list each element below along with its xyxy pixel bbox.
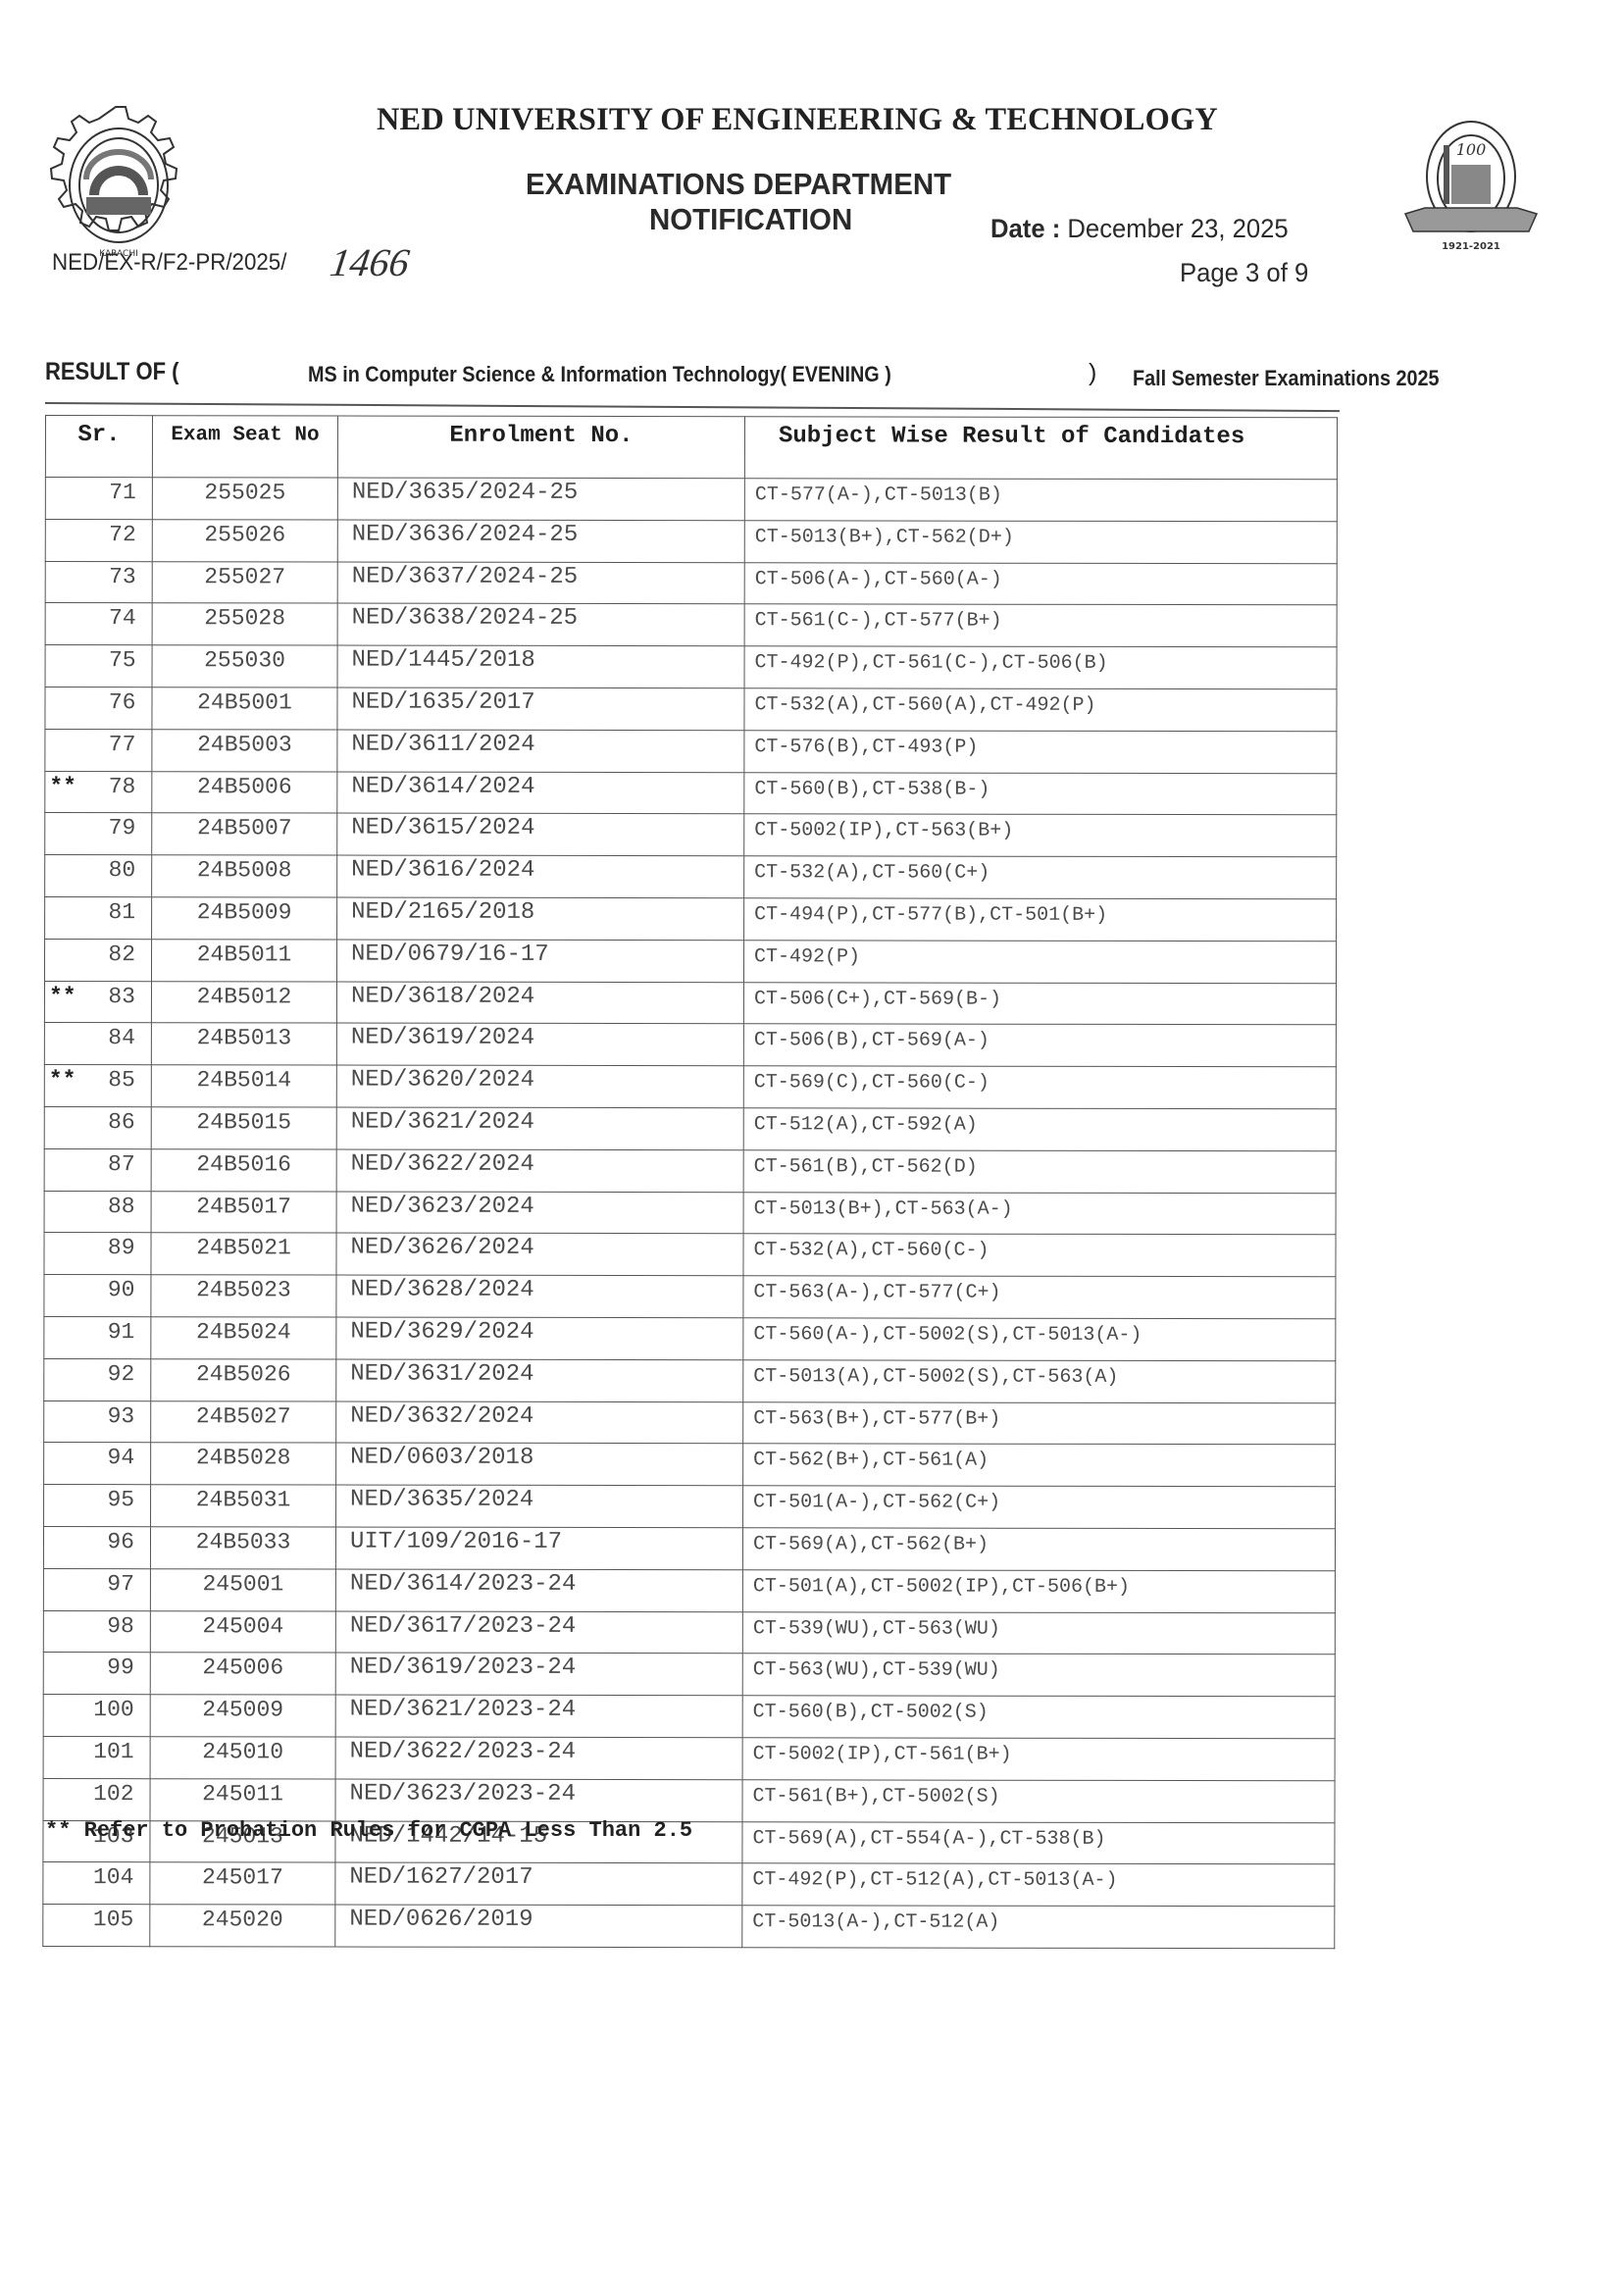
table-row: 75255030NED/1445/2018CT-492(P),CT-561(C-… [45, 645, 1337, 689]
cell-subject-result: CT-561(B),CT-562(D) [743, 1149, 1336, 1193]
header-exam-seat-no: Exam Seat No [152, 416, 337, 478]
cell-subject-result: CT-539(WU),CT-563(WU) [742, 1611, 1335, 1655]
table-row: 8824B5017NED/3623/2024CT-5013(B+),CT-563… [44, 1191, 1336, 1235]
table-row: 9124B5024NED/3629/2024CT-560(A-),CT-5002… [44, 1316, 1336, 1360]
serial-number: 80 [109, 857, 136, 883]
serial-number: 93 [108, 1403, 135, 1429]
table-row: 9024B5023NED/3628/2024CT-563(A-),CT-577(… [44, 1275, 1336, 1319]
cell-subject-result: CT-532(A),CT-560(C-) [743, 1234, 1336, 1277]
department-title: EXAMINATIONS DEPARTMENT [526, 167, 951, 202]
cell-sr: 96 [43, 1526, 150, 1568]
cell-sr: 90 [44, 1275, 151, 1317]
cell-enrolment-no: NED/3614/2023-24 [335, 1569, 742, 1612]
cell-sr: 77 [45, 729, 152, 771]
cell-sr: 94 [44, 1443, 151, 1485]
cell-sr: 95 [44, 1485, 151, 1527]
cell-enrolment-no: NED/3619/2023-24 [335, 1653, 742, 1696]
table-row: 105245020NED/0626/2019CT-5013(A-),CT-512… [43, 1905, 1335, 1949]
cell-enrolment-no: NED/3621/2023-24 [335, 1695, 742, 1738]
cell-subject-result: CT-560(B),CT-538(B-) [744, 772, 1337, 815]
cell-subject-result: CT-561(C-),CT-577(B+) [744, 604, 1337, 647]
cell-enrolment-no: UIT/109/2016-17 [335, 1527, 742, 1570]
serial-number: 95 [107, 1487, 134, 1512]
cell-exam-seat-no: 24B5016 [151, 1148, 336, 1191]
serial-number: 78 [109, 774, 136, 799]
serial-number: 104 [93, 1864, 133, 1890]
serial-number: 87 [108, 1151, 135, 1177]
cell-exam-seat-no: 24B5028 [151, 1443, 336, 1485]
table-row: 71255025NED/3635/2024-25CT-577(A-),CT-50… [45, 478, 1337, 522]
cell-sr: **78 [45, 771, 152, 813]
cell-sr: 89 [44, 1233, 151, 1275]
cell-enrolment-no: NED/3618/2024 [336, 982, 743, 1025]
cell-subject-result: CT-5013(B+),CT-563(A-) [743, 1192, 1336, 1235]
table-header-row: Sr. Exam Seat No Enrolment No. Subject W… [45, 416, 1337, 480]
date-label: Date : [990, 214, 1060, 243]
cell-sr: 100 [43, 1695, 150, 1737]
cell-exam-seat-no: 24B5027 [151, 1400, 336, 1443]
cell-sr: 79 [45, 813, 152, 855]
cell-subject-result: CT-560(B),CT-5002(S) [742, 1696, 1335, 1739]
serial-number: 85 [108, 1067, 135, 1093]
serial-number: 76 [109, 689, 136, 715]
cell-sr: 93 [44, 1400, 151, 1443]
cell-sr: 73 [45, 561, 152, 603]
cell-sr: 102 [43, 1778, 150, 1820]
cell-sr: 75 [45, 645, 152, 687]
table-row: 8924B5021NED/3626/2024CT-532(A),CT-560(C… [44, 1233, 1336, 1277]
table-row: **8324B5012NED/3618/2024CT-506(C+),CT-56… [44, 981, 1336, 1025]
cell-subject-result: CT-5013(A),CT-5002(S),CT-563(A) [743, 1359, 1336, 1402]
cell-subject-result: CT-5013(B+),CT-562(D+) [744, 521, 1337, 564]
cell-subject-result: CT-563(WU),CT-539(WU) [742, 1654, 1335, 1697]
header-sr: Sr. [45, 416, 152, 478]
serial-number: 75 [109, 647, 136, 673]
cell-subject-result: CT-532(A),CT-560(C+) [744, 856, 1337, 899]
cell-enrolment-no: NED/1627/2017 [335, 1862, 742, 1906]
table-row: 8724B5016NED/3622/2024CT-561(B),CT-562(D… [44, 1148, 1336, 1193]
cell-exam-seat-no: 245006 [150, 1653, 335, 1695]
cell-subject-result: CT-5002(IP),CT-563(B+) [744, 814, 1337, 857]
table-row: 9624B5033UIT/109/2016-17CT-569(A),CT-562… [43, 1526, 1335, 1570]
cell-subject-result: CT-506(B),CT-569(A-) [743, 1024, 1336, 1067]
serial-number: 94 [108, 1445, 135, 1470]
cell-exam-seat-no: 255028 [152, 603, 337, 645]
cell-exam-seat-no: 24B5009 [152, 897, 337, 940]
cell-subject-result: CT-576(B),CT-493(P) [744, 731, 1337, 774]
cell-subject-result: CT-492(P),CT-561(C-),CT-506(B) [744, 646, 1337, 689]
cell-subject-result: CT-5013(A-),CT-512(A) [742, 1906, 1335, 1949]
result-of-label: RESULT OF ( [45, 358, 178, 386]
cell-exam-seat-no: 245011 [150, 1778, 335, 1820]
serial-number: 72 [109, 522, 136, 547]
cell-enrolment-no: NED/3635/2024 [336, 1485, 743, 1528]
cell-enrolment-no: NED/0626/2019 [335, 1905, 742, 1948]
svg-text:1921-2021: 1921-2021 [1442, 241, 1500, 252]
notification-page: KARACHI 100 1921-2021 NED UNIVERSITY OF … [0, 0, 1624, 2291]
cell-exam-seat-no: 245017 [150, 1862, 335, 1905]
probation-marker: ** [45, 774, 76, 799]
program-name: MS in Computer Science & Information Tec… [308, 362, 891, 387]
cell-enrolment-no: NED/3614/2024 [337, 772, 744, 815]
probation-footnote: ** Refer to Probation Rules for CGPA Les… [45, 1818, 692, 1843]
cell-exam-seat-no: 24B5011 [151, 939, 336, 981]
cell-enrolment-no: NED/3636/2024-25 [337, 520, 744, 563]
serial-number: 90 [108, 1277, 135, 1302]
table-row: 8624B5015NED/3621/2024CT-512(A),CT-592(A… [44, 1106, 1336, 1150]
exam-name: Fall Semester Examinations 2025 [1133, 366, 1440, 391]
cell-exam-seat-no: 24B5013 [151, 1023, 336, 1065]
cell-enrolment-no: NED/3623/2023-24 [335, 1779, 742, 1822]
page-number: Page 3 of 9 [1180, 258, 1308, 288]
cell-subject-result: CT-569(A),CT-554(A-),CT-538(B) [742, 1821, 1335, 1864]
cell-exam-seat-no: 24B5008 [152, 855, 337, 897]
table-row: 9324B5027NED/3632/2024CT-563(B+),CT-577(… [44, 1400, 1336, 1445]
table-row: 8424B5013NED/3619/2024CT-506(B),CT-569(A… [44, 1023, 1336, 1067]
table-row: **8524B5014NED/3620/2024CT-569(C),CT-560… [44, 1065, 1336, 1109]
table-row: 102245011NED/3623/2023-24CT-561(B+),CT-5… [43, 1778, 1335, 1822]
serial-number: 82 [108, 942, 135, 967]
serial-number: 74 [109, 606, 136, 632]
cell-exam-seat-no: 24B5023 [151, 1275, 336, 1317]
header-subject-result: Subject Wise Result of Candidates [744, 417, 1337, 480]
serial-number: 105 [93, 1907, 133, 1932]
cell-exam-seat-no: 255030 [152, 645, 337, 687]
cell-exam-seat-no: 24B5026 [151, 1358, 336, 1400]
cell-enrolment-no: NED/3616/2024 [337, 855, 744, 898]
cell-exam-seat-no: 24B5024 [151, 1317, 336, 1359]
serial-number: 77 [109, 732, 136, 757]
cell-exam-seat-no: 245004 [150, 1610, 335, 1653]
cell-enrolment-no: NED/3628/2024 [336, 1275, 743, 1318]
cell-sr: **85 [44, 1065, 151, 1107]
serial-number: 88 [108, 1194, 135, 1219]
cell-exam-seat-no: 24B5006 [152, 771, 337, 813]
cell-exam-seat-no: 24B5003 [152, 729, 337, 771]
serial-number: 81 [108, 899, 135, 925]
cell-subject-result: CT-532(A),CT-560(A),CT-492(P) [744, 688, 1337, 732]
cell-exam-seat-no: 24B5001 [152, 687, 337, 730]
cell-sr: 81 [45, 896, 152, 939]
cell-enrolment-no: NED/2165/2018 [337, 897, 744, 941]
cell-sr: 97 [43, 1568, 150, 1610]
cell-sr: 80 [45, 855, 152, 897]
cell-subject-result: CT-494(P),CT-577(B),CT-501(B+) [744, 898, 1337, 942]
cell-enrolment-no: NED/3637/2024-25 [337, 562, 744, 605]
probation-marker: ** [45, 1067, 76, 1093]
cell-subject-result: CT-577(A-),CT-5013(B) [744, 479, 1337, 522]
cell-enrolment-no: NED/3621/2024 [336, 1107, 743, 1150]
table-row: 99245006NED/3619/2023-24CT-563(WU),CT-53… [43, 1653, 1335, 1697]
cell-enrolment-no: NED/1635/2017 [337, 687, 744, 731]
date-value: December 23, 2025 [1067, 214, 1288, 243]
cell-sr: 74 [45, 603, 152, 645]
cell-sr: 105 [43, 1905, 150, 1947]
serial-number: 92 [108, 1361, 135, 1387]
cell-exam-seat-no: 245010 [150, 1737, 335, 1779]
serial-number: 100 [93, 1697, 133, 1722]
university-name: NED UNIVERSITY OF ENGINEERING & TECHNOLO… [377, 102, 1218, 138]
cell-sr: 91 [44, 1316, 151, 1358]
table-row: 8224B5011NED/0679/16-17CT-492(P) [44, 939, 1336, 983]
serial-number: 73 [109, 564, 136, 589]
cell-exam-seat-no: 245009 [150, 1695, 335, 1737]
cell-exam-seat-no: 255027 [152, 561, 337, 603]
probation-marker: ** [45, 984, 76, 1009]
reference-handwritten-number: 1466 [328, 239, 413, 285]
cell-enrolment-no: NED/3622/2023-24 [335, 1737, 742, 1780]
svg-text:100: 100 [1456, 140, 1487, 159]
cell-enrolment-no: NED/0679/16-17 [336, 940, 743, 983]
table-row: 7724B5003NED/3611/2024CT-576(B),CT-493(P… [45, 729, 1337, 773]
reference-number: NED/EX-R/F2-PR/2025/ [52, 249, 286, 277]
result-close-paren: ) [1089, 359, 1096, 387]
cell-enrolment-no: NED/3629/2024 [336, 1317, 743, 1360]
cell-sr: **83 [44, 981, 151, 1023]
cell-enrolment-no: NED/3620/2024 [336, 1065, 743, 1108]
cell-subject-result: CT-5002(IP),CT-561(B+) [742, 1738, 1335, 1781]
table-row: 8024B5008NED/3616/2024CT-532(A),CT-560(C… [45, 855, 1337, 899]
cell-sr: 88 [44, 1191, 151, 1233]
results-table-body: 71255025NED/3635/2024-25CT-577(A-),CT-50… [43, 478, 1338, 1949]
table-row: 72255026NED/3636/2024-25CT-5013(B+),CT-5… [45, 519, 1337, 563]
header-divider [45, 402, 1340, 412]
cell-enrolment-no: NED/0603/2018 [336, 1443, 743, 1486]
cell-subject-result: CT-563(A-),CT-577(C+) [743, 1276, 1336, 1319]
cell-subject-result: CT-560(A-),CT-5002(S),CT-5013(A-) [743, 1318, 1336, 1361]
cell-exam-seat-no: 255025 [152, 478, 337, 520]
cell-enrolment-no: NED/3638/2024-25 [337, 603, 744, 646]
cell-exam-seat-no: 245001 [150, 1568, 335, 1610]
table-row: 74255028NED/3638/2024-25CT-561(C-),CT-57… [45, 603, 1337, 647]
cell-sr: 99 [43, 1653, 150, 1695]
cell-subject-result: CT-562(B+),CT-561(A) [743, 1444, 1336, 1487]
cell-sr: 101 [43, 1736, 150, 1778]
table-row: 9524B5031NED/3635/2024CT-501(A-),CT-562(… [44, 1485, 1336, 1529]
cell-sr: 76 [45, 687, 152, 729]
cell-enrolment-no: NED/3623/2024 [336, 1192, 743, 1235]
date-line: Date : December 23, 2025 [990, 214, 1289, 244]
table-row: 104245017NED/1627/2017CT-492(P),CT-512(A… [43, 1862, 1335, 1907]
cell-exam-seat-no: 24B5017 [151, 1191, 336, 1233]
cell-exam-seat-no: 24B5014 [151, 1065, 336, 1107]
cell-subject-result: CT-561(B+),CT-5002(S) [742, 1779, 1335, 1822]
serial-number: 97 [107, 1571, 134, 1597]
cell-enrolment-no: NED/1445/2018 [337, 645, 744, 688]
table-row: 98245004NED/3617/2023-24CT-539(WU),CT-56… [43, 1610, 1335, 1655]
cell-subject-result: CT-569(C),CT-560(C-) [743, 1066, 1336, 1109]
ned-centenary-logo-icon: 100 1921-2021 [1397, 116, 1545, 263]
cell-subject-result: CT-501(A-),CT-562(C+) [743, 1486, 1336, 1529]
table-row: 7924B5007NED/3615/2024CT-5002(IP),CT-563… [45, 813, 1337, 857]
cell-enrolment-no: NED/3611/2024 [337, 730, 744, 773]
serial-number: 98 [107, 1613, 134, 1639]
results-table: Sr. Exam Seat No Enrolment No. Subject W… [42, 415, 1338, 1949]
cell-subject-result: CT-563(B+),CT-577(B+) [743, 1401, 1336, 1445]
cell-sr: 71 [45, 478, 152, 520]
table-row: **7824B5006NED/3614/2024CT-560(B),CT-538… [45, 771, 1337, 815]
cell-subject-result: CT-492(P) [743, 941, 1336, 984]
cell-sr: 104 [43, 1862, 150, 1905]
serial-number: 84 [108, 1025, 135, 1050]
cell-subject-result: CT-512(A),CT-592(A) [743, 1108, 1336, 1151]
cell-enrolment-no: NED/3635/2024-25 [337, 478, 744, 521]
cell-exam-seat-no: 24B5021 [151, 1233, 336, 1275]
cell-subject-result: CT-492(P),CT-512(A),CT-5013(A-) [742, 1863, 1335, 1907]
cell-enrolment-no: NED/3631/2024 [336, 1359, 743, 1402]
header-enrolment-no: Enrolment No. [337, 416, 744, 479]
cell-sr: 86 [44, 1106, 151, 1148]
serial-number: 79 [109, 815, 136, 840]
cell-subject-result: CT-501(A),CT-5002(IP),CT-506(B+) [742, 1569, 1335, 1612]
serial-number: 101 [93, 1739, 133, 1764]
serial-number: 91 [108, 1319, 135, 1345]
serial-number: 83 [108, 984, 135, 1009]
serial-number: 102 [93, 1781, 133, 1807]
cell-enrolment-no: NED/3622/2024 [336, 1149, 743, 1193]
serial-number: 89 [108, 1235, 135, 1260]
table-row: 9424B5028NED/0603/2018CT-562(B+),CT-561(… [44, 1443, 1336, 1487]
cell-exam-seat-no: 245020 [150, 1905, 335, 1947]
cell-enrolment-no: NED/3619/2024 [336, 1023, 743, 1066]
cell-exam-seat-no: 255026 [152, 519, 337, 561]
cell-exam-seat-no: 24B5033 [150, 1527, 335, 1569]
cell-sr: 87 [44, 1148, 151, 1191]
cell-sr: 82 [44, 939, 151, 981]
table-row: 101245010NED/3622/2023-24CT-5002(IP),CT-… [43, 1736, 1335, 1780]
table-row: 7624B5001NED/1635/2017CT-532(A),CT-560(A… [45, 687, 1337, 731]
cell-enrolment-no: NED/3626/2024 [336, 1233, 743, 1276]
serial-number: 96 [107, 1529, 134, 1554]
cell-sr: 92 [44, 1358, 151, 1400]
serial-number: 99 [107, 1655, 134, 1680]
table-row: 8124B5009NED/2165/2018CT-494(P),CT-577(B… [45, 896, 1337, 941]
cell-enrolment-no: NED/3632/2024 [336, 1401, 743, 1445]
cell-exam-seat-no: 24B5031 [151, 1485, 336, 1527]
cell-sr: 98 [43, 1610, 150, 1653]
table-row: 9224B5026NED/3631/2024CT-5013(A),CT-5002… [44, 1358, 1336, 1402]
cell-exam-seat-no: 24B5012 [151, 981, 336, 1023]
cell-exam-seat-no: 24B5007 [152, 813, 337, 855]
cell-subject-result: CT-506(C+),CT-569(B-) [743, 982, 1336, 1025]
cell-subject-result: CT-569(A),CT-562(B+) [742, 1528, 1335, 1571]
cell-sr: 72 [45, 519, 152, 561]
serial-number: 71 [109, 480, 136, 505]
ned-gear-logo-icon: KARACHI [37, 101, 194, 268]
cell-sr: 84 [44, 1023, 151, 1065]
table-row: 100245009NED/3621/2023-24CT-560(B),CT-50… [43, 1695, 1335, 1739]
cell-enrolment-no: NED/3615/2024 [337, 813, 744, 856]
cell-exam-seat-no: 24B5015 [151, 1107, 336, 1149]
cell-subject-result: CT-506(A-),CT-560(A-) [744, 562, 1337, 605]
table-row: 97245001NED/3614/2023-24CT-501(A),CT-500… [43, 1568, 1335, 1612]
cell-enrolment-no: NED/3617/2023-24 [335, 1611, 742, 1655]
table-row: 73255027NED/3637/2024-25CT-506(A-),CT-56… [45, 561, 1337, 605]
notification-title: NOTIFICATION [649, 202, 852, 237]
serial-number: 86 [108, 1109, 135, 1135]
